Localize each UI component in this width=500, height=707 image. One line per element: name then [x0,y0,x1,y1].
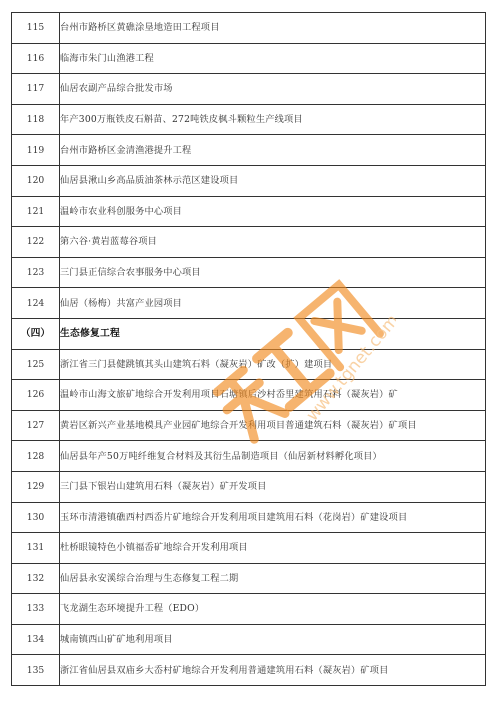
project-name: 浙江省仙居县双庙乡大岙村矿地综合开发利用普通建筑用石料（凝灰岩）矿项目 [60,655,486,686]
table-row: 120仙居县湫山乡高品质油茶林示范区建设项目 [12,165,486,196]
row-number: 115 [12,13,60,44]
row-number: 123 [12,257,60,288]
project-name: 杜桥眼镜特色小镇福岙矿地综合开发利用项目 [60,533,486,564]
table-row: 123三门县正信综合农事服务中心项目 [12,257,486,288]
row-number: 130 [12,502,60,533]
row-number: 135 [12,655,60,686]
section-title: 生态修复工程 [60,318,486,349]
project-name: 仙居农副产品综合批发市场 [60,74,486,105]
project-name: 浙江省三门县健跳镇其头山建筑石料（凝灰岩）矿改（扩）建项目 [60,349,486,380]
row-number: 126 [12,380,60,411]
project-name: 仙居县年产50万吨纤维复合材料及其衍生品制造项目（仙居新材料孵化项目） [60,441,486,472]
project-table: 115台州市路桥区黄礁涂垦地造田工程项目116临海市朱门山渔港工程117仙居农副… [11,12,486,686]
table-row: 134城南镇西山矿矿地利用项目 [12,624,486,655]
project-name: 临海市朱门山渔港工程 [60,43,486,74]
row-number: 124 [12,288,60,319]
row-number: 117 [12,74,60,105]
table-row: 116临海市朱门山渔港工程 [12,43,486,74]
project-name: 温岭市山海文旅矿地综合开发利用项目石塘镇后沙村岙里建筑用石料（凝灰岩）矿 [60,380,486,411]
row-number: 129 [12,471,60,502]
table-row: 118年产300万瓶铁皮石斛苗、272吨铁皮枫斗颗粒生产线项目 [12,104,486,135]
project-name: 三门县正信综合农事服务中心项目 [60,257,486,288]
row-number: 131 [12,533,60,564]
project-name: 仙居（杨梅）共富产业园项目 [60,288,486,319]
project-name: 城南镇西山矿矿地利用项目 [60,624,486,655]
table-row: 132仙居县永安溪综合治理与生态修复工程二期 [12,563,486,594]
row-number: 119 [12,135,60,166]
section-header-row: （四）生态修复工程 [12,318,486,349]
row-number: 133 [12,594,60,625]
table-row: 126温岭市山海文旅矿地综合开发利用项目石塘镇后沙村岙里建筑用石料（凝灰岩）矿 [12,380,486,411]
row-number: 134 [12,624,60,655]
table-row: 121温岭市农业科创服务中心项目 [12,196,486,227]
table-row: 117仙居农副产品综合批发市场 [12,74,486,105]
table-row: 119台州市路桥区金清渔港提升工程 [12,135,486,166]
document-page: 115台州市路桥区黄礁涂垦地造田工程项目116临海市朱门山渔港工程117仙居农副… [0,0,500,707]
row-number: 121 [12,196,60,227]
project-name: 三门县下银岩山建筑用石料（凝灰岩）矿开发项目 [60,471,486,502]
table-row: 125浙江省三门县健跳镇其头山建筑石料（凝灰岩）矿改（扩）建项目 [12,349,486,380]
row-number: 127 [12,410,60,441]
row-number: 120 [12,165,60,196]
project-name: 玉环市清港镇礁西村西岙片矿地综合开发利用项目建筑用石料（花岗岩）矿建设项目 [60,502,486,533]
table-row: 122第六谷·黄岩蓝莓谷项目 [12,227,486,258]
project-name: 年产300万瓶铁皮石斛苗、272吨铁皮枫斗颗粒生产线项目 [60,104,486,135]
table-row: 130玉环市清港镇礁西村西岙片矿地综合开发利用项目建筑用石料（花岗岩）矿建设项目 [12,502,486,533]
table-row: 135浙江省仙居县双庙乡大岙村矿地综合开发利用普通建筑用石料（凝灰岩）矿项目 [12,655,486,686]
row-number: 132 [12,563,60,594]
project-name: 仙居县永安溪综合治理与生态修复工程二期 [60,563,486,594]
table-row: 124仙居（杨梅）共富产业园项目 [12,288,486,319]
table-row: 115台州市路桥区黄礁涂垦地造田工程项目 [12,13,486,44]
table-row: 129三门县下银岩山建筑用石料（凝灰岩）矿开发项目 [12,471,486,502]
section-number: （四） [12,318,60,349]
project-name: 温岭市农业科创服务中心项目 [60,196,486,227]
table-row: 128仙居县年产50万吨纤维复合材料及其衍生品制造项目（仙居新材料孵化项目） [12,441,486,472]
project-name: 第六谷·黄岩蓝莓谷项目 [60,227,486,258]
project-name: 台州市路桥区金清渔港提升工程 [60,135,486,166]
project-name: 黄岩区新兴产业基地模具产业园矿地综合开发利用项目普通建筑石料（凝灰岩）矿项目 [60,410,486,441]
row-number: 118 [12,104,60,135]
row-number: 125 [12,349,60,380]
project-name: 飞龙湖生态环境提升工程（EDO） [60,594,486,625]
row-number: 122 [12,227,60,258]
project-name: 台州市路桥区黄礁涂垦地造田工程项目 [60,13,486,44]
table-row: 131杜桥眼镜特色小镇福岙矿地综合开发利用项目 [12,533,486,564]
project-name: 仙居县湫山乡高品质油茶林示范区建设项目 [60,165,486,196]
row-number: 116 [12,43,60,74]
row-number: 128 [12,441,60,472]
table-row: 127黄岩区新兴产业基地模具产业园矿地综合开发利用项目普通建筑石料（凝灰岩）矿项… [12,410,486,441]
table-row: 133飞龙湖生态环境提升工程（EDO） [12,594,486,625]
